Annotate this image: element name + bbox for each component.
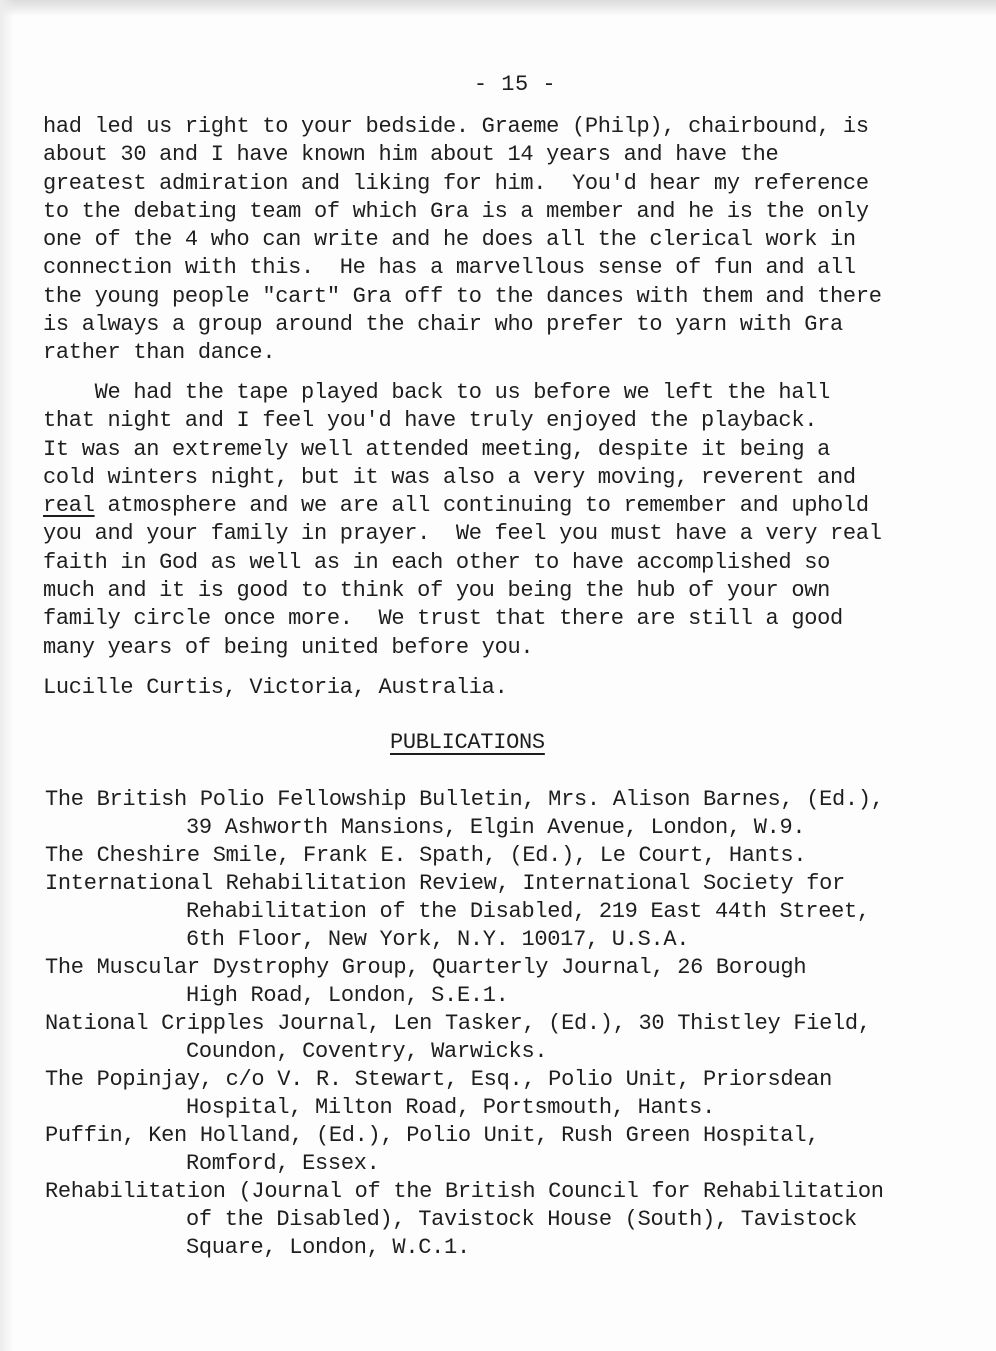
text-line: about 30 and I have known him about 14 y… — [43, 141, 882, 169]
page-number: - 15 - — [0, 72, 996, 97]
publication-title-line: National Cripples Journal, Len Tasker, (… — [45, 1010, 884, 1038]
publication-address-line: High Road, London, S.E.1. — [45, 982, 884, 1010]
scan-top-shadow — [0, 0, 996, 16]
publication-title-line: The British Polio Fellowship Bulletin, M… — [45, 786, 884, 814]
text-line: family circle once more. We trust that t… — [43, 605, 882, 633]
text-line: real atmosphere and we are all continuin… — [43, 492, 882, 520]
publications-list: The British Polio Fellowship Bulletin, M… — [45, 786, 884, 1262]
publication-title-line: Rehabilitation (Journal of the British C… — [45, 1178, 884, 1206]
publication-entry: The Popinjay, c/o V. R. Stewart, Esq., P… — [45, 1066, 884, 1122]
scan-left-shadow — [0, 0, 14, 1351]
text-line: rather than dance. — [43, 339, 882, 367]
publication-address-line: Hospital, Milton Road, Portsmouth, Hants… — [45, 1094, 884, 1122]
text-line: to the debating team of which Gra is a m… — [43, 198, 882, 226]
letter-signature: Lucille Curtis, Victoria, Australia. — [43, 674, 507, 702]
underlined-word: real — [43, 493, 95, 518]
text-line: much and it is good to think of you bein… — [43, 577, 882, 605]
letter-paragraph-1: had led us right to your bedside. Graeme… — [43, 113, 882, 368]
publication-entry: The British Polio Fellowship Bulletin, M… — [45, 786, 884, 842]
publication-entry: Rehabilitation (Journal of the British C… — [45, 1178, 884, 1262]
publication-entry: The Muscular Dystrophy Group, Quarterly … — [45, 954, 884, 1010]
text-line: We had the tape played back to us before… — [43, 379, 882, 407]
publication-address-line: of the Disabled), Tavistock House (South… — [45, 1206, 884, 1234]
letter-paragraph-2: We had the tape played back to us before… — [43, 379, 882, 662]
text-line: greatest admiration and liking for him. … — [43, 170, 882, 198]
publication-address-line: 6th Floor, New York, N.Y. 10017, U.S.A. — [45, 926, 884, 954]
text-line: cold winters night, but it was also a ve… — [43, 464, 882, 492]
text-line: had led us right to your bedside. Graeme… — [43, 113, 882, 141]
text-line: faith in God as well as in each other to… — [43, 549, 882, 577]
publication-entry: The Cheshire Smile, Frank E. Spath, (Ed.… — [45, 842, 884, 870]
publication-address-line: Rehabilitation of the Disabled, 219 East… — [45, 898, 884, 926]
text-line: you and your family in prayer. We feel y… — [43, 520, 882, 548]
text-line: many years of being united before you. — [43, 634, 882, 662]
publication-address-line: Romford, Essex. — [45, 1150, 884, 1178]
publication-title-line: The Muscular Dystrophy Group, Quarterly … — [45, 954, 884, 982]
publications-heading: PUBLICATIONS — [390, 730, 545, 755]
publication-entry: International Rehabilitation Review, Int… — [45, 870, 884, 954]
text-line: is always a group around the chair who p… — [43, 311, 882, 339]
publication-title-line: Puffin, Ken Holland, (Ed.), Polio Unit, … — [45, 1122, 884, 1150]
publication-title-line: International Rehabilitation Review, Int… — [45, 870, 884, 898]
publication-address-line: 39 Ashworth Mansions, Elgin Avenue, Lond… — [45, 814, 884, 842]
publication-address-line: Coundon, Coventry, Warwicks. — [45, 1038, 884, 1066]
publication-entry: National Cripples Journal, Len Tasker, (… — [45, 1010, 884, 1066]
text-line: connection with this. He has a marvellou… — [43, 254, 882, 282]
text-line: the young people "cart" Gra off to the d… — [43, 283, 882, 311]
text-line: one of the 4 who can write and he does a… — [43, 226, 882, 254]
text-line: that night and I feel you'd have truly e… — [43, 407, 882, 435]
publication-entry: Puffin, Ken Holland, (Ed.), Polio Unit, … — [45, 1122, 884, 1178]
publication-title-line: The Popinjay, c/o V. R. Stewart, Esq., P… — [45, 1066, 884, 1094]
publication-address-line: Square, London, W.C.1. — [45, 1234, 884, 1262]
text-line: It was an extremely well attended meetin… — [43, 436, 882, 464]
publication-title-line: The Cheshire Smile, Frank E. Spath, (Ed.… — [45, 842, 884, 870]
